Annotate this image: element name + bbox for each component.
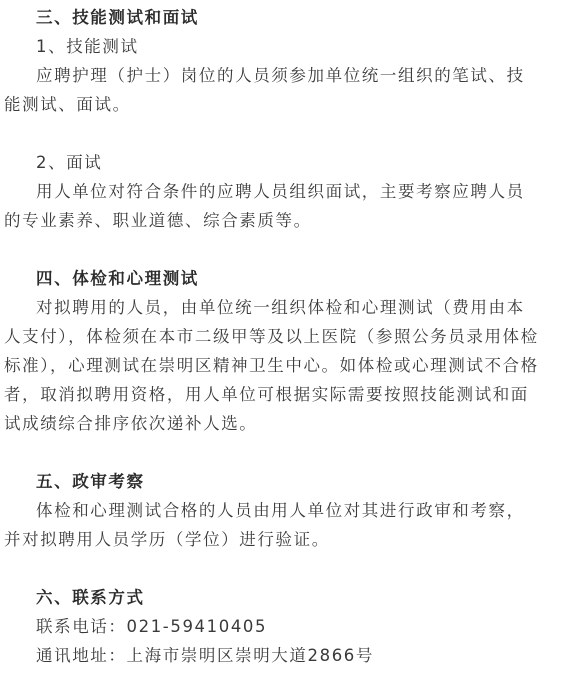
section-heading-political-review: 五、政审考察 [4,467,539,496]
phone-label: 联系电话： [36,617,127,636]
contact-phone-line: 联系电话：021-59410405 [4,612,539,641]
spacer [4,554,539,583]
phone-number: 021-59410405 [127,617,268,636]
address-value: 上海市崇明区崇明大道2866号 [127,646,375,665]
paragraph-medical-psych: 对拟聘用的人员，由单位统一组织体检和心理测试（费用由本人支付），体检须在本市二级… [4,293,539,438]
paragraph-political-review: 体检和心理测试合格的人员由用人单位对其进行政审和考察，并对拟聘用人员学历（学位）… [4,496,539,554]
section-heading-contact: 六、联系方式 [4,583,539,612]
section-heading-medical-psych: 四、体检和心理测试 [4,264,539,293]
section-heading-skills-interview: 三、技能测试和面试 [4,3,539,32]
subheading-interview: 2、面试 [4,148,539,177]
spacer [4,438,539,467]
contact-address-line: 通讯地址：上海市崇明区崇明大道2866号 [4,641,539,670]
spacer [4,119,539,148]
paragraph-skills-test: 应聘护理（护士）岗位的人员须参加单位统一组织的笔试、技能测试、面试。 [4,61,539,119]
subheading-skills-test: 1、技能测试 [4,32,539,61]
document-body: 三、技能测试和面试 1、技能测试 应聘护理（护士）岗位的人员须参加单位统一组织的… [0,0,567,670]
address-label: 通讯地址： [36,646,127,665]
spacer [4,235,539,264]
paragraph-interview: 用人单位对符合条件的应聘人员组织面试，主要考察应聘人员的专业素养、职业道德、综合… [4,177,539,235]
